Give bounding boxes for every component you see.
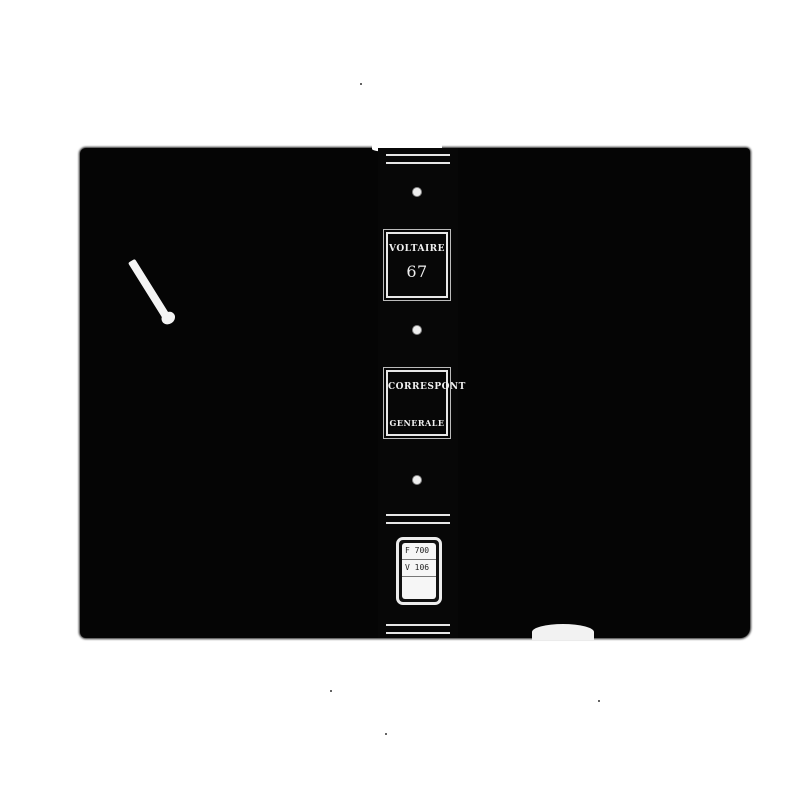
speck xyxy=(598,700,600,702)
volume-number: 67 xyxy=(388,262,446,281)
subtitle-bottom-text: GENERALE xyxy=(388,418,446,428)
gilt-band-middle xyxy=(386,514,450,524)
shelfmark-line-3 xyxy=(402,577,436,593)
subtitle-label: CORRESPONT GENERALE xyxy=(386,370,448,436)
subtitle-top-text: CORRESPONT xyxy=(388,382,446,392)
front-board xyxy=(80,148,378,638)
gilt-band-top xyxy=(386,154,450,164)
worn-corner xyxy=(532,624,594,640)
speck xyxy=(330,690,332,692)
shelfmark-line-1: F 700 xyxy=(402,543,436,560)
shelfmark-line-2: V 106 xyxy=(402,560,436,577)
flower-ornament-icon xyxy=(413,326,421,334)
author-text: VOLTAIRE xyxy=(388,244,446,254)
flower-ornament-icon xyxy=(413,476,421,484)
speck xyxy=(360,83,362,85)
book-spine: VOLTAIRE 67 CORRESPONT GENERALE F 700 V … xyxy=(378,148,458,638)
gilt-band-bottom xyxy=(386,624,450,634)
back-board xyxy=(458,148,750,638)
title-label: VOLTAIRE 67 xyxy=(386,232,448,298)
shelfmark-label: F 700 V 106 xyxy=(396,537,442,605)
speck xyxy=(385,733,387,735)
scratch-mark xyxy=(128,259,171,321)
flower-ornament-icon xyxy=(413,188,421,196)
book: VOLTAIRE 67 CORRESPONT GENERALE F 700 V … xyxy=(80,148,750,638)
